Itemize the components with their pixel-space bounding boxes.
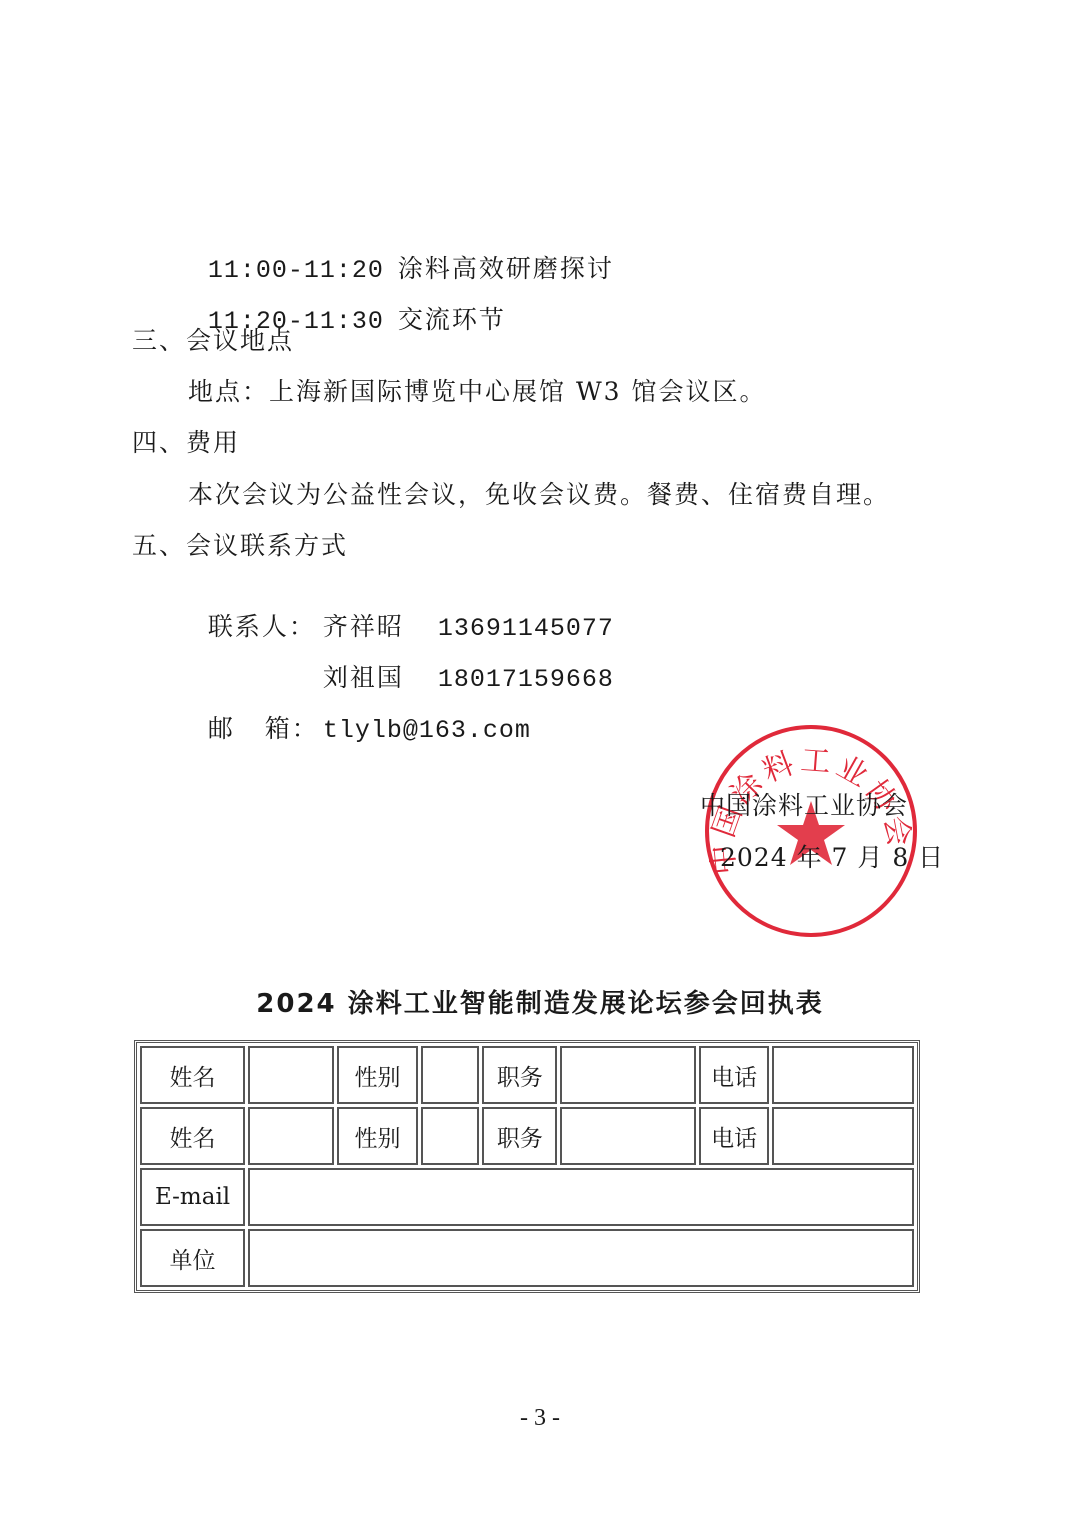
email-row: E-mail — [140, 1168, 914, 1226]
phone-label: 电话 — [699, 1046, 770, 1104]
email-field[interactable] — [248, 1168, 914, 1226]
organization-field[interactable] — [248, 1229, 914, 1287]
position-field[interactable] — [560, 1107, 695, 1165]
email-label: 邮 箱： — [208, 714, 323, 744]
seal-star-icon: 中国涂料工业协会 — [709, 729, 913, 933]
position-field[interactable] — [560, 1046, 695, 1104]
organization-label: 单位 — [140, 1229, 245, 1287]
name-label: 姓名 — [140, 1046, 245, 1104]
position-label: 职务 — [482, 1107, 557, 1165]
reply-form-table: 姓名 性别 职务 电话 姓名 性别 职务 电话 E-mail 单位 — [134, 1040, 920, 1293]
signature-date: 2024 年 7 月 8 日 — [720, 838, 944, 874]
name-label: 姓名 — [140, 1107, 245, 1165]
schedule-topic: 交流环节 — [398, 305, 506, 334]
gender-label: 性别 — [337, 1107, 418, 1165]
phone-label: 电话 — [699, 1107, 770, 1165]
name-field[interactable] — [248, 1107, 334, 1165]
email-row: 邮 箱：tlylb@163.com — [188, 684, 531, 746]
gender-field[interactable] — [421, 1107, 480, 1165]
venue-heading: 三、会议地点 — [132, 326, 294, 356]
official-seal-stamp: 中国涂料工业协会 — [705, 725, 917, 937]
signature-organization: 中国涂料工业协会 — [700, 786, 908, 822]
phone-field[interactable] — [772, 1046, 914, 1104]
venue-text: 地点：上海新国际博览中心展馆 W3 馆会议区。 — [188, 377, 767, 407]
contact-heading: 五、会议联系方式 — [132, 531, 348, 561]
email-address[interactable]: tlylb@163.com — [323, 716, 531, 745]
position-label: 职务 — [482, 1046, 557, 1104]
name-field[interactable] — [248, 1046, 334, 1104]
gender-field[interactable] — [421, 1046, 480, 1104]
email-label: E-mail — [140, 1168, 245, 1226]
gender-label: 性别 — [337, 1046, 418, 1104]
attendee-row: 姓名 性别 职务 电话 — [140, 1046, 914, 1104]
fees-text: 本次会议为公益性会议，免收会议费。餐费、住宿费自理。 — [188, 480, 890, 510]
organization-row: 单位 — [140, 1229, 914, 1287]
fees-heading: 四、费用 — [132, 428, 240, 458]
page-number: - 3 - — [0, 1405, 1080, 1432]
reply-form-title: 2024 涂料工业智能制造发展论坛参会回执表 — [0, 983, 1080, 1020]
attendee-row: 姓名 性别 职务 电话 — [140, 1107, 914, 1165]
phone-field[interactable] — [772, 1107, 914, 1165]
